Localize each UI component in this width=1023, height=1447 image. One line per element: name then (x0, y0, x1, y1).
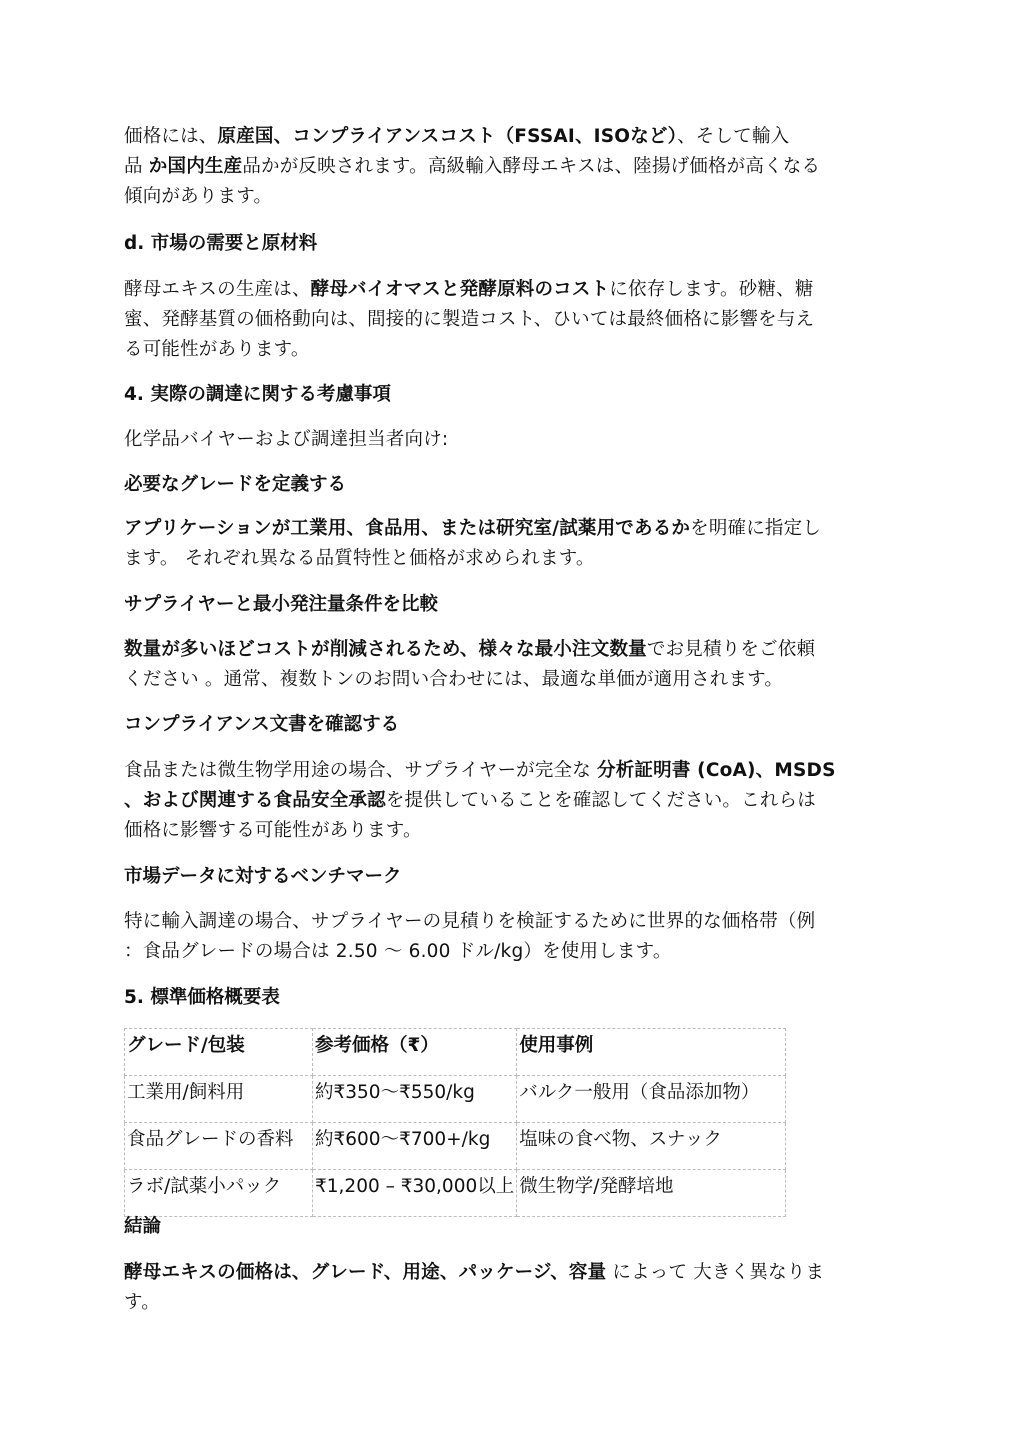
bold-text: 原産国、コンプライアンスコスト（FSSAI、ISOなど） (218, 126, 678, 147)
bold-text: アプリケーションが工業用、食品用、または研究室/試薬用であるか (124, 518, 690, 539)
bold-text: 酵母バイオマスと発酵原料のコスト (311, 279, 610, 300)
bold-text: か国内生産 (149, 156, 243, 177)
table-cell: 塩味の食べ物、スナック (517, 1123, 786, 1170)
table-cell: 工業用/飼料用 (125, 1076, 313, 1123)
text: でお見積りをご依頼 (647, 639, 815, 660)
section-5-heading: 5. 標準価格概要表 (124, 986, 280, 1010)
section-4-heading: 4. 実際の調達に関する考慮事項 (124, 383, 391, 407)
table-cell: ラボ/試薬小パック (125, 1170, 313, 1217)
subheading-benchmark: 市場データに対するベンチマーク (124, 865, 402, 889)
section-d-heading: d. 市場の需要と原材料 (124, 232, 317, 256)
table-row: 食品グレードの香料 約₹600〜₹700+/kg 塩味の食べ物、スナック (125, 1123, 786, 1170)
bold-text: 分析証明書 (CoA)、MSDS (597, 760, 836, 781)
text: 価格には、 (124, 126, 218, 147)
section-d-paragraph: 酵母エキスの生産は、酵母バイオマスと発酵原料のコストに依存します。砂糖、糖 蜜、… (124, 275, 899, 365)
conclusion-heading: 結論 (124, 1215, 161, 1239)
header-cell-usecase: 使用事例 (517, 1029, 786, 1076)
price-summary-table: グレード/包装 参考価格（₹） 使用事例 工業用/飼料用 約₹350〜₹550/… (124, 1028, 786, 1217)
table-header-row: グレード/包装 参考価格（₹） 使用事例 (125, 1029, 786, 1076)
text: 品 (124, 156, 143, 177)
table-cell: 微生物学/発酵培地 (517, 1170, 786, 1217)
text: ：食品グレードの場合は 2.50 〜 6.00 ドル/kg）を使用します。 (124, 941, 672, 962)
text: に依存します。砂糖、糖 (609, 279, 813, 300)
paragraph-define-grade: アプリケーションが工業用、食品用、または研究室/試薬用であるかを明確に指定し ま… (124, 514, 899, 574)
text: を明確に指定し (690, 518, 821, 539)
table-cell: バルク一般用（食品添加物） (517, 1076, 786, 1123)
text: によって 大きく異なりま (606, 1262, 824, 1283)
header-cell-grade: グレード/包装 (125, 1029, 313, 1076)
table-cell: ₹1,200 – ₹30,000以上 (313, 1170, 517, 1217)
text: ください 。通常、複数トンのお問い合わせには、最適な単価が適用されます。 (124, 669, 783, 690)
table-cell: 約₹350〜₹550/kg (313, 1076, 517, 1123)
table-cell: 約₹600〜₹700+/kg (313, 1123, 517, 1170)
text: ます。 それぞれ異なる品質特性と価格が求められます。 (124, 548, 595, 569)
text: を提供していることを確認してください。これらは (386, 790, 816, 811)
text: 特に輸入調達の場合、サプライヤーの見積りを検証するために世界的な価格帯（例 (124, 911, 815, 932)
paragraph-compare-suppliers: 数量が多いほどコストが削減されるため、様々な最小注文数量でお見積りをご依頼 くだ… (124, 635, 899, 695)
subheading-compare-suppliers: サプライヤーと最小発注量条件を比較 (124, 593, 438, 617)
header-cell-price: 参考価格（₹） (313, 1029, 517, 1076)
text: 食品または微生物学用途の場合、サプライヤーが完全な (124, 760, 597, 781)
conclusion-paragraph: 酵母エキスの価格は、グレード、用途、パッケージ、容量 によって 大きく異なりま … (124, 1258, 899, 1318)
text: る可能性があります。 (124, 339, 310, 360)
text: 蜜、発酵基質の価格動向は、間接的に製造コスト、ひいては最終価格に影響を与え (124, 309, 814, 330)
bold-text: 、および関連する食品安全承認 (124, 790, 386, 811)
paragraph-compliance-docs: 食品または微生物学用途の場合、サプライヤーが完全な 分析証明書 (CoA)、MS… (124, 756, 899, 846)
subheading-define-grade: 必要なグレードを定義する (124, 473, 346, 497)
text: 傾向があります。 (124, 186, 272, 207)
bold-text: 酵母エキスの価格は、グレード、用途、パッケージ、容量 (124, 1262, 606, 1283)
text: 品かが反映されます。高級輸入酵母エキスは、陸揚げ価格が高くなる (242, 156, 820, 177)
intro-paragraph: 価格には、原産国、コンプライアンスコスト（FSSAI、ISOなど）、そして輸入 … (124, 122, 899, 212)
table-row: 工業用/飼料用 約₹350〜₹550/kg バルク一般用（食品添加物） (125, 1076, 786, 1123)
bold-text: 数量が多いほどコストが削減されるため、様々な最小注文数量 (124, 639, 647, 660)
subheading-compliance-docs: コンプライアンス文書を確認する (124, 713, 399, 737)
text: 、そして輸入 (677, 126, 789, 147)
text: 酵母エキスの生産は、 (124, 279, 311, 300)
paragraph-benchmark: 特に輸入調達の場合、サプライヤーの見積りを検証するために世界的な価格帯（例 ：食… (124, 907, 899, 967)
section-4-intro: 化学品バイヤーおよび調達担当者向け: (124, 425, 899, 455)
text: 価格に影響する可能性があります。 (124, 820, 422, 841)
table-cell: 食品グレードの香料 (125, 1123, 313, 1170)
table-row: ラボ/試薬小パック ₹1,200 – ₹30,000以上 微生物学/発酵培地 (125, 1170, 786, 1217)
text: す。 (124, 1292, 160, 1313)
